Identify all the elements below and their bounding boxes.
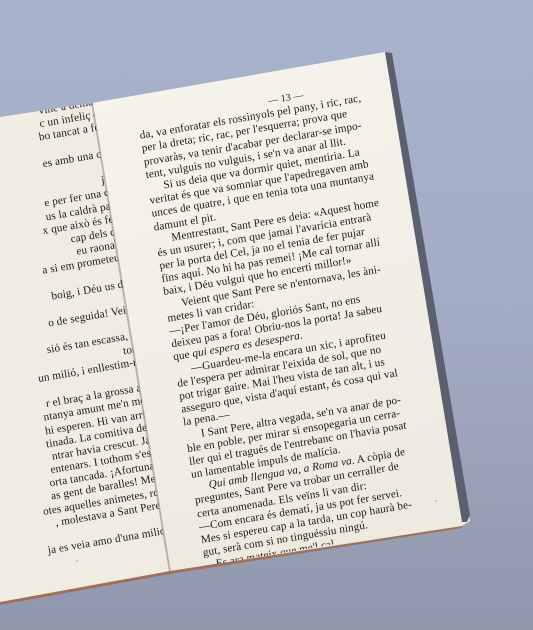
- paper-speck: [300, 520, 302, 522]
- paper-speck: [76, 560, 78, 562]
- right-page-text: — 13 — da, va enforatar els rossinyols p…: [137, 67, 506, 600]
- photo-scene: — 13 — da, va enforatar els rossinyols p…: [0, 0, 533, 630]
- paper-speck: [435, 500, 437, 502]
- paper-speck: [380, 512, 382, 514]
